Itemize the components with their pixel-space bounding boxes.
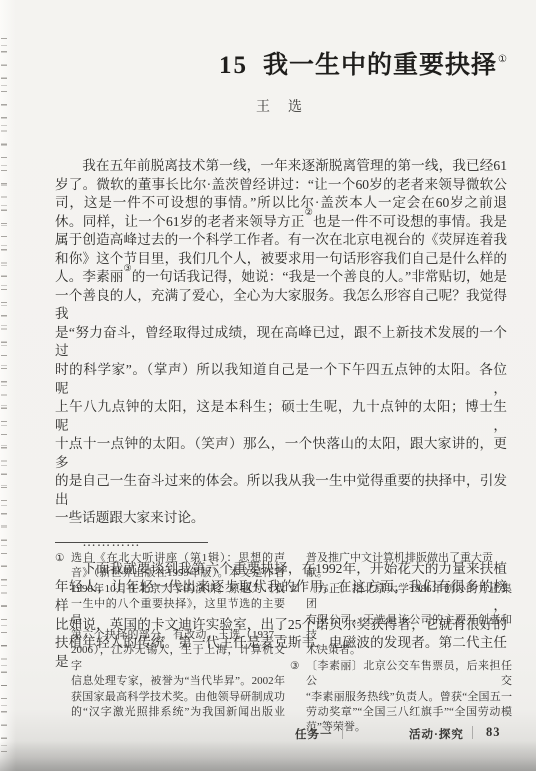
text-line: 一个善良的人，充满了爱心，全心为大家服务。我怎么形容自己呢？我觉得我 — [55, 287, 507, 324]
footnote-line: ②〔方正〕指北京大学1986年创办的方正集团 — [290, 582, 512, 613]
footnote-line: 2006），江苏无锡人，生于上海，计算机文字 — [55, 643, 285, 674]
footer-page-number: 83 — [486, 725, 501, 740]
footnote-line: 第六个抉择的部分。有改动。王选（1937— — [55, 628, 285, 643]
footnote-line: 获国家最高科学技术奖。由他领导研制成功 — [55, 690, 285, 705]
footnote-line: 普及推广中文计算机排版做出了重大贡献。 — [290, 551, 512, 582]
text-line: 十点十一点钟的太阳。（笑声）那么，一个快落山的太阳，跟大家讲的，更多 — [55, 435, 507, 472]
title-footnote-ref: ① — [498, 54, 508, 65]
footnote-text: 信息处理专家，被誉为“当代毕昇”。2002年 — [71, 674, 285, 689]
footnote-text: 获国家最高科学技术奖。由他领导研制成功 — [71, 690, 285, 705]
text-line: 和你》这个节目里，我们几个人，被要求用一句话形容我们自己是什么样的 — [55, 250, 507, 269]
footnote-marker: ② — [290, 582, 306, 613]
footnote-text: 1998年10月在北京大学的演讲。原题为《我 — [71, 582, 285, 597]
footnote-marker — [55, 597, 71, 628]
footer-unit-label: 活动·探究 — [409, 726, 464, 742]
footnote-text: 音》（新世界出版社1999年版）。本文是作者 — [71, 566, 285, 581]
text-line: 上午八九点钟的太阳，这是本科生；硕士生呢，九十点钟的太阳；博士生呢， — [55, 398, 507, 435]
footnote-text: 一生中的八个重要抉择》，这里节选的主要是 — [71, 597, 285, 628]
footnote-text: 术决策者。 — [306, 643, 512, 658]
footnote-marker — [55, 705, 71, 720]
footnote-line: 有限公司。王选是该公司的主要开创者和技 — [290, 613, 512, 644]
footnote-text: “李素丽服务热线”负责人。曾获“全国五一 — [306, 690, 512, 705]
book-page: 15我一生中的重要抉择① 王 选 我在五年前脱离技术第一线，一年来逐渐脱离管理的… — [0, 0, 536, 771]
footnote-marker — [55, 643, 71, 674]
footnote-line: 1998年10月在北京大学的演讲。原题为《我 — [55, 582, 285, 597]
text-line: 人。李素丽③的一句话我记得，她说：“我是一个善良的人。”非常贴切，她是 — [55, 268, 507, 287]
text-line: 我在五年前脱离技术第一线，一年来逐渐脱离管理的第一线，我已经61 — [55, 157, 507, 176]
footnote-text: 第六个抉择的部分。有改动。王选（1937— — [71, 628, 285, 643]
footnote-line: “李素丽服务热线”负责人。曾获“全国五一 — [290, 690, 512, 705]
footnotes-right-column: 普及推广中文计算机排版做出了重大贡献。②〔方正〕指北京大学1986年创办的方正集… — [290, 551, 512, 736]
footnote-marker — [55, 628, 71, 643]
page-footer: 任务一 活动·探究 83 — [0, 724, 536, 742]
text-line: 是“努力奋斗，曾经取得过成绩，现在高峰已过，跟不上新技术发展的一个过 — [55, 324, 507, 361]
footer-divider-1 — [342, 726, 343, 739]
page-edge-ticks — [1, 26, 7, 753]
footnote-line: ③〔李素丽〕北京公交车售票员，后来担任公交 — [290, 659, 512, 690]
footnote-marker — [55, 674, 71, 689]
footnote-line: 术决策者。 — [290, 643, 512, 658]
footnote-text: 〔方正〕指北京大学1986年创办的方正集团 — [306, 582, 512, 613]
footnote-line: 的“汉字激光照排系统”为我国新闻出版业 — [55, 705, 285, 720]
footnote-marker: ③ — [290, 659, 306, 690]
footer-task-label: 任务一 — [295, 726, 333, 742]
footnote-marker — [55, 690, 71, 705]
footnote-marker — [55, 582, 71, 597]
footnote-line: 劳动奖章”“全国三八红旗手”“全国劳动模 — [290, 705, 512, 720]
footnote-marker — [290, 705, 306, 720]
text-line: 属于创造高峰过去的一个科学工作者。有一次在北京电视台的《荧屏连着我 — [55, 231, 507, 250]
footnote-line: 一生中的八个重要抉择》，这里节选的主要是 — [55, 597, 285, 628]
footnote-line: ①选自《在北大听讲座（第1辑）：思想的声 — [55, 551, 285, 566]
lesson-title: 15我一生中的重要抉择① — [219, 52, 508, 80]
footnote-ref: ③ — [124, 263, 132, 273]
footnotes-left-column: ①选自《在北大听讲座（第1辑）：思想的声音》（新世界出版社1999年版）。本文是… — [55, 551, 285, 720]
footnote-marker — [290, 690, 306, 705]
text-line: 休。同样，让一个61岁的老者来领导方正②也是一件不可设想的事情。我是 — [55, 213, 507, 232]
footnote-text: 2006），江苏无锡人，生于上海，计算机文字 — [71, 643, 285, 674]
author-name: 王 选 — [256, 96, 304, 116]
photo-bottom-shadow — [0, 741, 536, 771]
footer-divider-2 — [472, 726, 473, 739]
footnote-marker: ① — [55, 551, 71, 566]
footnote-line: 信息处理专家，被誉为“当代毕昇”。2002年 — [55, 674, 285, 689]
text-line: 时的科学家”。（掌声）所以我知道自己是一个下午四五点钟的太阳。各位呢， — [55, 361, 507, 398]
footnote-marker — [55, 566, 71, 581]
footnote-marker — [290, 643, 306, 658]
footnote-divider — [55, 542, 208, 543]
footnote-text: 的“汉字激光照排系统”为我国新闻出版业 — [71, 705, 285, 720]
footnote-marker — [290, 613, 306, 644]
lesson-number: 15 — [219, 52, 248, 79]
text-line: 司，这是一件不可设想的事情。”所以比尔·盖茨本人一定会在60岁之前退 — [55, 194, 507, 213]
footnote-text: 劳动奖章”“全国三八红旗手”“全国劳动模 — [306, 705, 512, 720]
footnote-line: 音》（新世界出版社1999年版）。本文是作者 — [55, 566, 285, 581]
footnote-text: 〔李素丽〕北京公交车售票员，后来担任公交 — [306, 659, 512, 690]
footnote-text: 选自《在北大听讲座（第1辑）：思想的声 — [71, 551, 285, 566]
footnote-ref: ② — [305, 207, 313, 217]
footnote-text: 普及推广中文计算机排版做出了重大贡献。 — [306, 551, 512, 582]
text-line: 岁了。微软的董事长比尔·盖茨曾经讲过：“让一个60岁的老者来领导微软公 — [55, 176, 507, 195]
lesson-title-text: 我一生中的重要抉择 — [263, 52, 497, 79]
text-line: 一些话题跟大家来讨论。 — [55, 509, 507, 528]
text-line: 的是自己一生奋斗过来的体会。所以我从我一生中觉得重要的抉择中，引发出 — [55, 472, 507, 509]
footnote-text: 有限公司。王选是该公司的主要开创者和技 — [306, 613, 512, 644]
footnote-marker — [290, 551, 306, 582]
paragraph: 我在五年前脱离技术第一线，一年来逐渐脱离管理的第一线，我已经61岁了。微软的董事… — [55, 157, 507, 528]
